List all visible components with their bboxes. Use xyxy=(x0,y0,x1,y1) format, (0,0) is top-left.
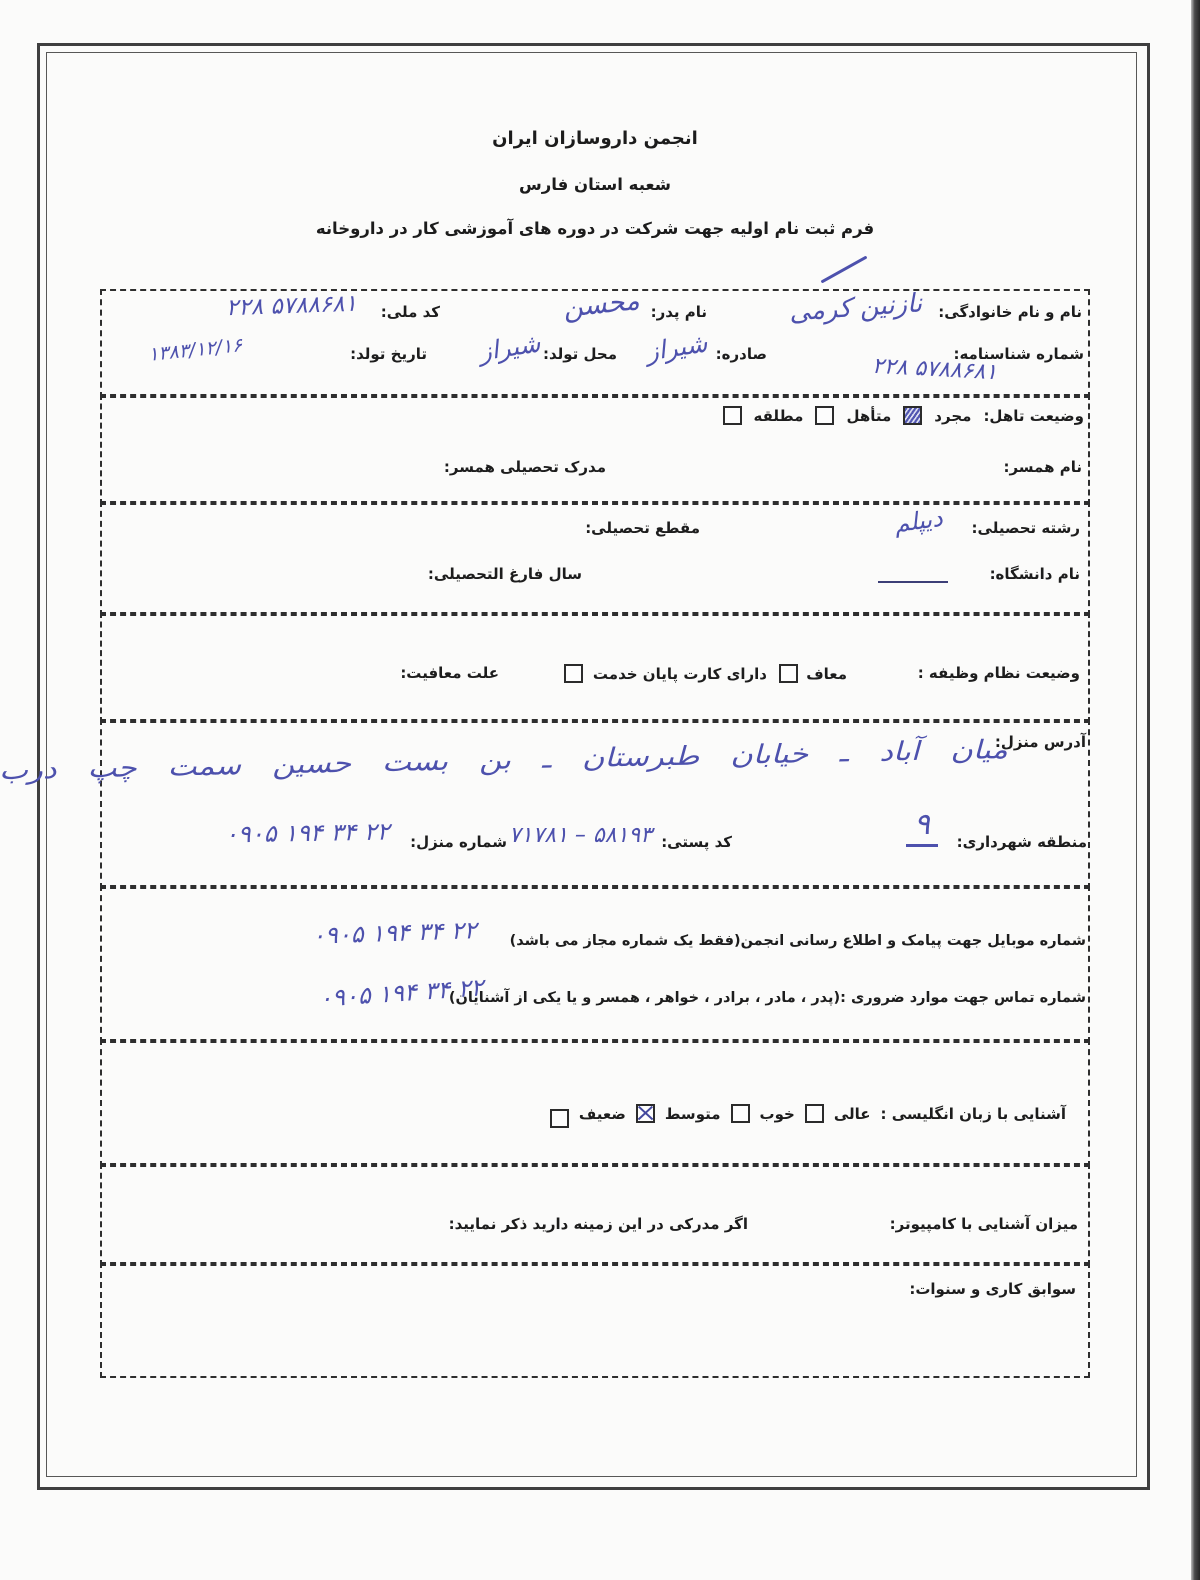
english-medium-label: متوسط xyxy=(665,1105,721,1123)
section-work-history: سوابق کاری و سنوات: xyxy=(100,1262,1090,1378)
checkbox-exempt xyxy=(779,664,798,683)
exempt-label: معاف xyxy=(806,665,847,683)
home-phone-value: ۰۹۰۵ ۱۹۴ ۳۴ ۲۲ xyxy=(225,818,390,849)
birthdate-value: ۱۳۸۳/۱۲/۱۶ xyxy=(147,334,243,366)
emergency-label: شماره تماس جهت موارد ضروری :(پدر ، مادر … xyxy=(449,990,1086,1006)
national-id-label: کد ملی: xyxy=(381,303,440,321)
english-level-row: آشنایی با زبان انگلیسی : عالی خوب متوسط … xyxy=(550,1099,1066,1128)
field-of-study-value: دیپلم xyxy=(893,504,945,538)
birthdate-label: تاریخ تولد: xyxy=(350,345,427,363)
postal-code-label: کد پستی: xyxy=(661,833,732,851)
home-address-label: آدرس منزل: xyxy=(995,733,1086,751)
district-label: منطقه شهرداری: xyxy=(957,833,1087,851)
marital-label: وضیعت تاهل: xyxy=(983,407,1084,425)
full-name-value: نازنین کرمی xyxy=(788,288,923,327)
computer-skill-label: میزان آشنایی با کامپیوتر: xyxy=(890,1215,1078,1233)
checkbox-english-weak xyxy=(550,1109,569,1128)
section-contact-numbers: شماره موبایل جهت پیامک و اطلاع رسانی انج… xyxy=(100,885,1090,1043)
checkbox-english-good xyxy=(731,1104,750,1123)
english-weak-label: ضعیف xyxy=(579,1105,626,1123)
checkbox-english-medium xyxy=(636,1104,655,1123)
scanned-registration-form: انجمن داروسازان ایران شعبه استان فارس فر… xyxy=(0,0,1200,1580)
father-name-label: نام پدر: xyxy=(651,303,707,321)
branch-title: شعبه استان فارس xyxy=(45,175,1145,194)
issued-value: شیراز xyxy=(644,328,709,366)
service-card-label: دارای کارت پایان خدمت xyxy=(593,665,767,683)
checkbox-service-card xyxy=(564,664,583,683)
full-name-label: نام و نام خانوادگی: xyxy=(938,303,1082,321)
checkbox-english-excellent xyxy=(805,1104,824,1123)
scan-edge-shadow xyxy=(1191,0,1200,1580)
section-marital: وضیعت تاهل: مجرد متأهل مطلقه نام همسر: م… xyxy=(100,394,1090,505)
section-military: وضیعت نظام وظیفه : معاف دارای کارت پایان… xyxy=(100,612,1090,723)
postal-code-value: ۷۱۷۸۱ – ۵۸۱۹۳ xyxy=(509,823,652,848)
mobile-label: شماره موبایل جهت پیامک و اطلاع رسانی انج… xyxy=(510,933,1086,949)
father-name-value: محسن xyxy=(562,285,641,324)
grad-year-label: سال فارغ التحصیلی: xyxy=(428,565,582,583)
home-phone-label: شماره منزل: xyxy=(410,833,507,851)
english-excellent-label: عالی xyxy=(834,1105,871,1123)
work-history-label: سوابق کاری و سنوات: xyxy=(909,1280,1076,1298)
military-status-label: وضیعت نظام وظیفه : xyxy=(918,664,1080,682)
checkbox-married xyxy=(815,406,834,425)
section-computer: میزان آشنایی با کامپیوتر: اگر مدرکی در ا… xyxy=(100,1163,1090,1266)
org-title: انجمن داروسازان ایران xyxy=(45,128,1145,149)
form-header: انجمن داروسازان ایران شعبه استان فارس فر… xyxy=(45,128,1145,238)
english-label: آشنایی با زبان انگلیسی : xyxy=(881,1105,1067,1123)
university-dash-stroke xyxy=(878,581,948,583)
single-label: مجرد xyxy=(934,407,971,425)
spouse-degree-label: مدرک تحصیلی همسر: xyxy=(444,458,606,476)
section-education: رشته تحصیلی: دیپلم مقطع تحصیلی: نام دانش… xyxy=(100,501,1090,616)
service-card-option: دارای کارت پایان خدمت xyxy=(564,664,767,683)
married-label: متأهل xyxy=(846,407,891,425)
english-good-label: خوب xyxy=(760,1105,795,1123)
mobile-value: ۰۹۰۵ ۱۹۴ ۳۴ ۲۲ xyxy=(312,916,478,950)
spouse-name-label: نام همسر: xyxy=(1003,458,1082,476)
computer-certificate-label: اگر مدرکی در این زمینه دارید ذکر نمایید: xyxy=(449,1215,748,1233)
certificate-no-value: ۲۲۸ ۵۷۸۸۶۸۱ xyxy=(871,354,997,386)
district-value: ۹ xyxy=(906,807,938,847)
field-of-study-label: رشته تحصیلی: xyxy=(972,519,1080,537)
divorced-label: مطلقه xyxy=(754,407,804,425)
birthplace-label: محل تولد: xyxy=(543,345,617,363)
emergency-value: ۰۹۰۵ ۱۹۴ ۳۴ ۲۲ xyxy=(319,973,485,1012)
form-title: فرم ثبت نام اولیه جهت شرکت در دوره های آ… xyxy=(45,219,1145,238)
section-identity: نام و نام خانوادگی: نازنین کرمی نام پدر:… xyxy=(100,289,1090,398)
issued-label: صادره: xyxy=(716,345,767,363)
checkbox-divorced xyxy=(723,406,742,425)
exempt-option: معاف xyxy=(779,664,847,683)
section-address: آدرس منزل: میان آباد ـ خیابان طبرستان ـ … xyxy=(100,719,1090,889)
birthplace-value: شیراز xyxy=(477,328,542,366)
national-id-value: ۲۲۸ ۵۷۸۸۶۸۱ xyxy=(226,291,358,322)
home-address-value: میان آباد ـ خیابان طبرستان ـ بن بست حسین… xyxy=(0,735,1008,789)
section-english: آشنایی با زبان انگلیسی : عالی خوب متوسط … xyxy=(100,1039,1090,1167)
checkbox-single xyxy=(903,406,922,425)
degree-level-label: مقطع تحصیلی: xyxy=(585,519,700,537)
university-label: نام دانشگاه: xyxy=(990,565,1080,583)
exemption-reason-label: علت معافیت: xyxy=(400,664,499,682)
marital-status-row: وضیعت تاهل: مجرد متأهل مطلقه xyxy=(723,406,1084,425)
